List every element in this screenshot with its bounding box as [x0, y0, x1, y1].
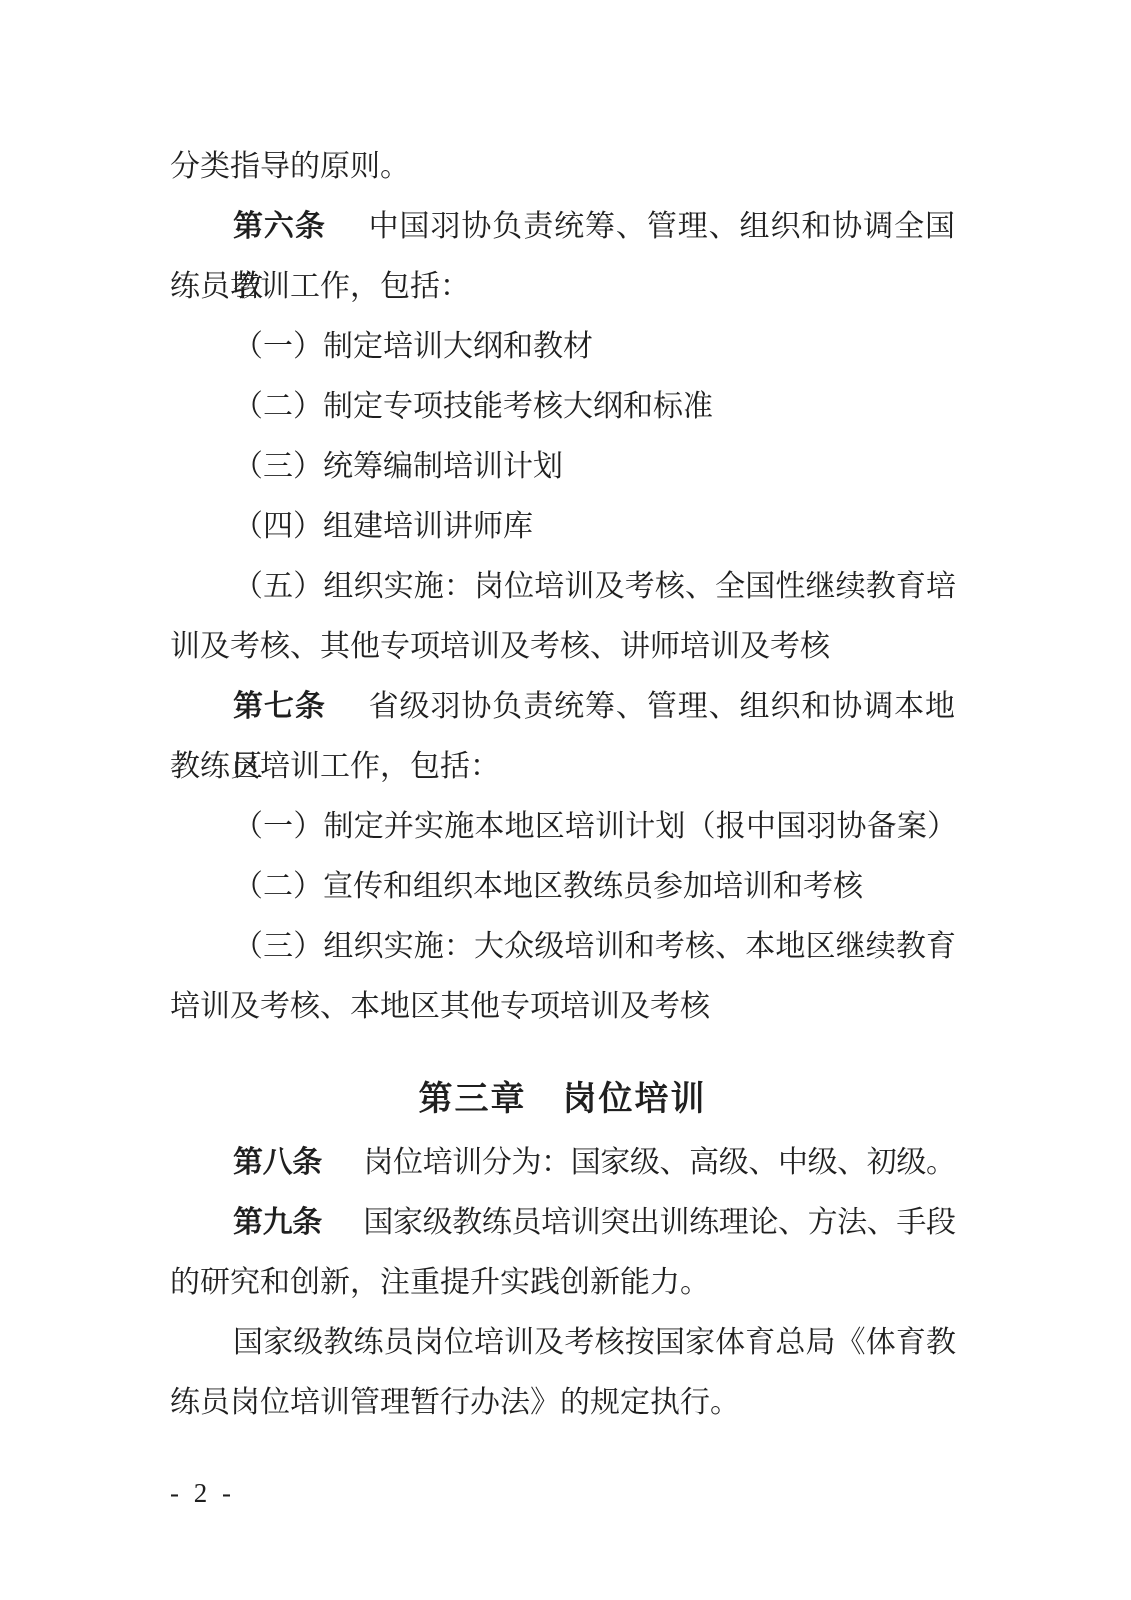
line-text: 国家级教练员培训突出训练理论、方法、手段 — [334, 1206, 955, 1239]
body-line: 国家级教练员岗位培训及考核按国家体育总局《体育教 — [170, 1313, 955, 1373]
line-text: 岗位培训分为：国家级、高级、中级、初级。 — [334, 1146, 955, 1179]
line-text: 练员培训工作，包括： — [170, 270, 470, 303]
line-text: 练员岗位培训管理暂行办法》的规定执行。 — [170, 1386, 740, 1419]
article-number: 第八条 — [233, 1146, 322, 1179]
body-line: 练员培训工作，包括： — [170, 257, 955, 317]
line-text: 分类指导的原则。 — [170, 150, 410, 183]
line-text: 教练员培训工作，包括： — [170, 750, 500, 783]
line-text: （五）组织实施：岗位培训及考核、全国性继续教育培 — [233, 570, 955, 603]
body-line: （四）组建培训讲师库 — [170, 497, 955, 557]
document-body: 分类指导的原则。第六条 中国羽协负责统筹、管理、组织和协调全国教练员培训工作，包… — [170, 137, 955, 1433]
line-text: （三）组织实施：大众级培训和考核、本地区继续教育 — [233, 930, 955, 963]
body-line: 训及考核、其他专项培训及考核、讲师培训及考核 — [170, 617, 955, 677]
body-line: （三）统筹编制培训计划 — [170, 437, 955, 497]
document-page: 分类指导的原则。第六条 中国羽协负责统筹、管理、组织和协调全国教练员培训工作，包… — [0, 0, 1131, 1600]
body-line: （二）制定专项技能考核大纲和标准 — [170, 377, 955, 437]
line-text: 训及考核、其他专项培训及考核、讲师培训及考核 — [170, 630, 830, 663]
body-line: 教练员培训工作，包括： — [170, 737, 955, 797]
body-line: （五）组织实施：岗位培训及考核、全国性继续教育培 — [170, 557, 955, 617]
body-line: （一）制定并实施本地区培训计划（报中国羽协备案） — [170, 797, 955, 857]
line-text: 第三章 岗位培训 — [419, 1081, 707, 1118]
line-text: （三）统筹编制培训计划 — [233, 450, 563, 483]
line-text: 培训及考核、本地区其他专项培训及考核 — [170, 990, 710, 1023]
line-text: （二）宣传和组织本地区教练员参加培训和考核 — [233, 870, 863, 903]
body-line: （三）组织实施：大众级培训和考核、本地区继续教育 — [170, 917, 955, 977]
line-text: （一）制定培训大纲和教材 — [233, 330, 593, 363]
article-number: 第六条 — [233, 210, 326, 243]
article-number: 第九条 — [233, 1206, 322, 1239]
body-line: （一）制定培训大纲和教材 — [170, 317, 955, 377]
line-text: （二）制定专项技能考核大纲和标准 — [233, 390, 713, 423]
line-text: （一）制定并实施本地区培训计划（报中国羽协备案） — [233, 810, 955, 843]
body-line: 培训及考核、本地区其他专项培训及考核 — [170, 977, 955, 1037]
body-line: （二）宣传和组织本地区教练员参加培训和考核 — [170, 857, 955, 917]
line-text: 的研究和创新，注重提升实践创新能力。 — [170, 1266, 710, 1299]
chapter-heading: 第三章 岗位培训 — [170, 1067, 955, 1133]
body-line: 第九条 国家级教练员培训突出训练理论、方法、手段 — [170, 1193, 955, 1253]
body-line: 的研究和创新，注重提升实践创新能力。 — [170, 1253, 955, 1313]
line-text: （四）组建培训讲师库 — [233, 510, 533, 543]
body-line: 分类指导的原则。 — [170, 137, 955, 197]
body-line: 练员岗位培训管理暂行办法》的规定执行。 — [170, 1373, 955, 1433]
document-content: 分类指导的原则。第六条 中国羽协负责统筹、管理、组织和协调全国教练员培训工作，包… — [0, 0, 1131, 1508]
body-line: 第七条 省级羽协负责统筹、管理、组织和协调本地区 — [170, 677, 955, 737]
body-line: 第八条 岗位培训分为：国家级、高级、中级、初级。 — [170, 1133, 955, 1193]
article-number: 第七条 — [233, 690, 326, 723]
body-line: 第六条 中国羽协负责统筹、管理、组织和协调全国教 — [170, 197, 955, 257]
line-text: 国家级教练员岗位培训及考核按国家体育总局《体育教 — [233, 1326, 955, 1359]
page-number: - 2 - — [170, 1478, 955, 1508]
